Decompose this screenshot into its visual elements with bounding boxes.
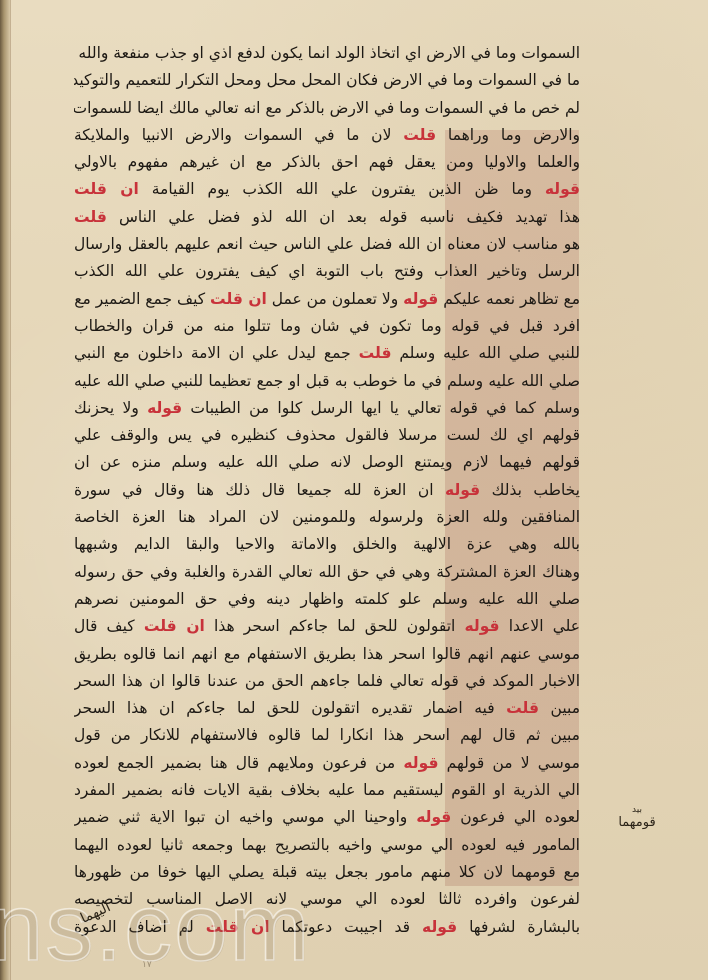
text-line: الرسل وتاخير العذاب وفتح باب التوبة اي ك…	[74, 258, 580, 285]
rubric-heading: ان قلت	[144, 617, 205, 635]
text-line: الي الذرية او القوم ليستقيم مما عليه بخل…	[74, 777, 580, 804]
text-segment: السموات وما في الارض اي اتخاذ الولد انما…	[74, 44, 580, 62]
text-segment: فيه اضمار تقديره اتقولون للحق لما جاءكم …	[74, 699, 506, 717]
manuscript-page: السموات وما في الارض اي اتخاذ الولد انما…	[0, 0, 708, 980]
text-line: الاخبار الموكد في قوله تعالي فلما جاءهم …	[74, 668, 580, 695]
text-segment: للنبي صلي الله عليه وسلم	[391, 344, 580, 362]
main-text-block: السموات وما في الارض اي اتخاذ الولد انما…	[74, 40, 580, 941]
rubric-heading: ان قلت	[74, 180, 139, 198]
text-line: صلي الله عليه وسلم علو كلمته واظهار دينه…	[74, 586, 580, 613]
binding-edge	[0, 0, 10, 980]
text-segment: علي الاعدا	[500, 617, 580, 635]
text-line: السموات وما في الارض اي اتخاذ الولد انما…	[74, 40, 580, 67]
rubric-heading: قوله	[416, 808, 451, 826]
page-mark: ١٧	[142, 960, 152, 970]
text-segment: لعوده الي فرعون	[451, 808, 580, 826]
margin-note-superscript: بيد	[612, 805, 662, 815]
rubric-heading: قلت	[74, 208, 107, 226]
rubric-heading: قوله	[464, 617, 499, 635]
text-segment: واوحينا الي موسي واخيه ان تبوا الاية ثني…	[74, 808, 416, 826]
margin-note-text: قومهما	[612, 815, 662, 831]
rubric-heading: قلت	[506, 699, 539, 717]
text-segment: صلي الله عليه وسلم علو كلمته واظهار دينه…	[74, 590, 580, 608]
rubric-heading: قوله	[445, 481, 480, 499]
text-segment: هو مناسب لان معناه ان الله فضل علي الناس…	[74, 235, 580, 253]
text-segment: ولا تعملون من عمل	[267, 290, 403, 308]
text-segment: هذا تهديد فكيف ناسبه قوله بعد ان الله لذ…	[107, 208, 580, 226]
margin-note: بيد قومهما	[612, 805, 662, 831]
watermark: ns.com	[0, 880, 311, 976]
text-segment: الاخبار الموكد في قوله تعالي فلما جاءهم …	[74, 672, 580, 690]
text-segment: اتقولون للحق لما جاءكم اسحر هذا	[205, 617, 465, 635]
text-line: مبين ثم قال لهم اسحر هذا انكارا لما قالو…	[74, 722, 580, 749]
text-segment: لم خص ما في السموات وما في الارض بالذكر …	[74, 99, 580, 117]
text-line: افرد قبل في قوله وما تكون في شان وما تتل…	[74, 313, 580, 340]
text-segment: وهناك العزة المشتركة وهي في حق الله تعال…	[74, 563, 580, 581]
text-line: هذا تهديد فكيف ناسبه قوله بعد ان الله لذ…	[74, 204, 580, 231]
text-segment: ولا يحزنك	[74, 399, 147, 417]
text-line: صلي الله عليه وسلم في ما خوطب به قبل او …	[74, 368, 580, 395]
text-line: قوله وما ظن الذين يفترون علي الله الكذب …	[74, 176, 580, 203]
text-segment: لان ما في السموات والارض الانبيا والملاي…	[74, 126, 403, 144]
text-segment: كيف جمع الضمير مع انه	[74, 290, 210, 308]
text-line: المنافقين ولله العزة ولرسوله وللمومنين ل…	[74, 504, 580, 531]
text-segment: قولهم اي لك لست مرسلا فالقول محذوف كنظير…	[74, 426, 580, 444]
text-segment: موسي لا من قولهم	[438, 754, 580, 772]
text-line: وهناك العزة المشتركة وهي في حق الله تعال…	[74, 559, 580, 586]
text-segment: والارض وما وراهما	[436, 126, 580, 144]
binding-line	[10, 0, 11, 980]
text-line: هو مناسب لان معناه ان الله فضل علي الناس…	[74, 231, 580, 258]
text-segment: والعلما والاوليا ومن يعقل فهم احق بالذكر…	[74, 153, 580, 171]
text-segment: جمع ليدل علي ان الامة داخلون مع النبي	[74, 344, 359, 362]
text-segment: صلي الله عليه وسلم في ما خوطب به قبل او …	[74, 372, 580, 390]
rubric-heading: ان قلت	[210, 290, 267, 308]
text-line: موسي عنهم انهم قالوا اسحر هذا بطريق الاس…	[74, 641, 580, 668]
text-segment: ان العزة لله جميعا قال ذلك هنا وقال في س…	[74, 481, 445, 499]
text-segment: افرد قبل في قوله وما تكون في شان وما تتل…	[74, 317, 580, 335]
text-line: لعوده الي فرعون قوله واوحينا الي موسي وا…	[74, 804, 580, 831]
text-line: مع تظاهر نعمه عليكم قوله ولا تعملون من ع…	[74, 286, 580, 313]
text-segment: وما ظن الذين يفترون علي الله الكذب يوم ا…	[139, 180, 545, 198]
text-segment: وسلم كما في قوله تعالي يا ايها الرسل كلو…	[182, 399, 580, 417]
text-line: للنبي صلي الله عليه وسلم قلت جمع ليدل عل…	[74, 340, 580, 367]
text-line: المامور فيه لعوده الي موسي واخيه بالتصري…	[74, 832, 580, 859]
text-segment: الي الذرية او القوم ليستقيم مما عليه بخل…	[74, 781, 580, 799]
text-segment: الرسل وتاخير العذاب وفتح باب التوبة اي ك…	[74, 262, 580, 280]
text-line: مبين قلت فيه اضمار تقديره اتقولون للحق ل…	[74, 695, 580, 722]
text-line: قولهم فيهما لازم ويمتنع الوصل لانه صلي ا…	[74, 449, 580, 476]
rubric-heading: قوله	[403, 290, 438, 308]
text-line: قولهم اي لك لست مرسلا فالقول محذوف كنظير…	[74, 422, 580, 449]
text-segment: مبين ثم قال لهم اسحر هذا انكارا لما قالو…	[74, 726, 580, 744]
text-segment: بالبشارة لشرفها	[457, 918, 580, 936]
text-line: موسي لا من قولهم قوله من فرعون وملايهم ق…	[74, 750, 580, 777]
text-segment: كيف قال	[74, 617, 144, 635]
text-line: يخاطب بذلك قوله ان العزة لله جميعا قال ذ…	[74, 477, 580, 504]
text-line: علي الاعدا قوله اتقولون للحق لما جاءكم ا…	[74, 613, 580, 640]
rubric-heading: قوله	[545, 180, 580, 198]
text-line: والارض وما وراهما قلت لان ما في السموات …	[74, 122, 580, 149]
text-segment: ما في السموات وما في الارض فكان المحل مح…	[74, 71, 580, 89]
rubric-heading: قوله	[147, 399, 182, 417]
text-line: بالله وهي عزة الالهية والخلق والاماتة وا…	[74, 531, 580, 558]
text-line: ما في السموات وما في الارض فكان المحل مح…	[74, 67, 580, 94]
text-line: وسلم كما في قوله تعالي يا ايها الرسل كلو…	[74, 395, 580, 422]
text-segment: مع تظاهر نعمه عليكم	[438, 290, 580, 308]
text-line: لم خص ما في السموات وما في الارض بالذكر …	[74, 95, 580, 122]
text-segment: المامور فيه لعوده الي موسي واخيه بالتصري…	[74, 836, 580, 854]
text-segment: قولهم فيهما لازم ويمتنع الوصل لانه صلي ا…	[74, 453, 580, 471]
text-segment: المنافقين ولله العزة ولرسوله وللمومنين ل…	[74, 508, 580, 526]
text-segment: مبين	[539, 699, 580, 717]
text-segment: بالله وهي عزة الالهية والخلق والاماتة وا…	[74, 535, 580, 553]
text-segment: يخاطب بذلك	[480, 481, 580, 499]
text-segment: موسي عنهم انهم قالوا اسحر هذا بطريق الاس…	[74, 645, 580, 663]
rubric-heading: قلت	[403, 126, 436, 144]
rubric-heading: قوله	[403, 754, 438, 772]
rubric-heading: قلت	[359, 344, 392, 362]
rubric-heading: قوله	[422, 918, 457, 936]
text-segment: من فرعون وملايهم قال هنا بضمير الجمع لعو…	[74, 754, 403, 772]
text-line: والعلما والاوليا ومن يعقل فهم احق بالذكر…	[74, 149, 580, 176]
